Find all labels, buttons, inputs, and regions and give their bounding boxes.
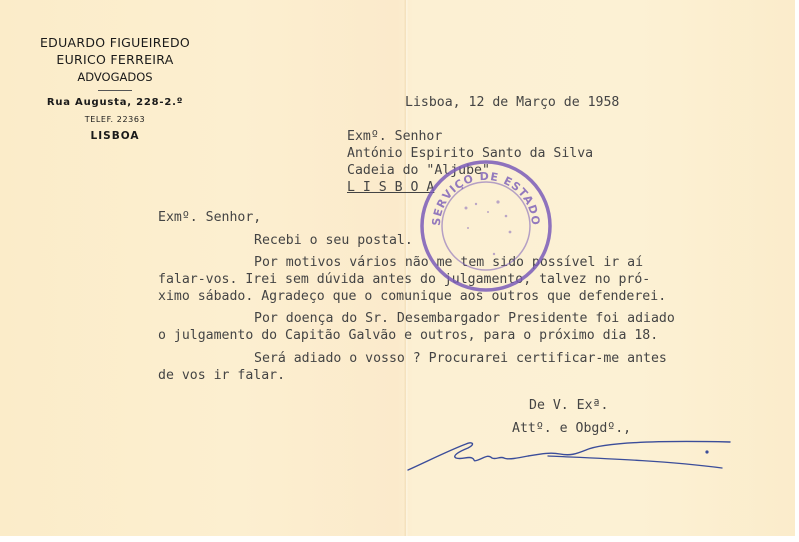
- paragraph-4-line-2: de vos ir falar.: [158, 367, 285, 384]
- letter-page: EDUARDO FIGUEIREDO EURICO FERREIRA ADVOG…: [0, 0, 795, 536]
- svg-text:SERVIÇO DE ESTADO • POLICIA: SERVIÇO DE ESTADO • POLICIA: [418, 158, 542, 227]
- paragraph-2-line-3: ximo sábado. Agradeço que o comunique ao…: [158, 288, 666, 305]
- closing-line-1: De V. Exª.: [529, 397, 608, 414]
- letterhead-divider: [98, 90, 132, 91]
- letterhead-name-1: EDUARDO FIGUEIREDO: [20, 34, 210, 51]
- handwritten-signature: [400, 430, 750, 490]
- letterhead-telephone: TELEF. 22363: [20, 113, 210, 126]
- official-stamp-icon: SERVIÇO DE ESTADO • POLICIA: [418, 158, 554, 294]
- letterhead-role: ADVOGADOS: [20, 69, 210, 85]
- paragraph-1: Recebi o seu postal.: [254, 232, 413, 249]
- letterhead-city: LISBOA: [20, 128, 210, 144]
- paragraph-3-line-2: o julgamento do Capitão Galvão e outros,…: [158, 327, 658, 344]
- paragraph-4-line-1: Será adiado o vosso ? Procurarei certifi…: [254, 350, 667, 367]
- greeting: Exmº. Senhor,: [158, 209, 261, 226]
- paragraph-3-line-1: Por doença do Sr. Desembargador Presiden…: [254, 310, 675, 327]
- paragraph-2-line-2: falar-vos. Irei sem dúvida antes do julg…: [158, 271, 650, 288]
- dateline: Lisboa, 12 de Março de 1958: [405, 94, 619, 111]
- letterhead: EDUARDO FIGUEIREDO EURICO FERREIRA ADVOG…: [20, 34, 210, 144]
- letterhead-address: Rua Augusta, 228-2.º: [20, 96, 210, 110]
- recipient-salutation: Exmº. Senhor: [347, 128, 442, 145]
- letterhead-name-2: EURICO FERREIRA: [20, 51, 210, 68]
